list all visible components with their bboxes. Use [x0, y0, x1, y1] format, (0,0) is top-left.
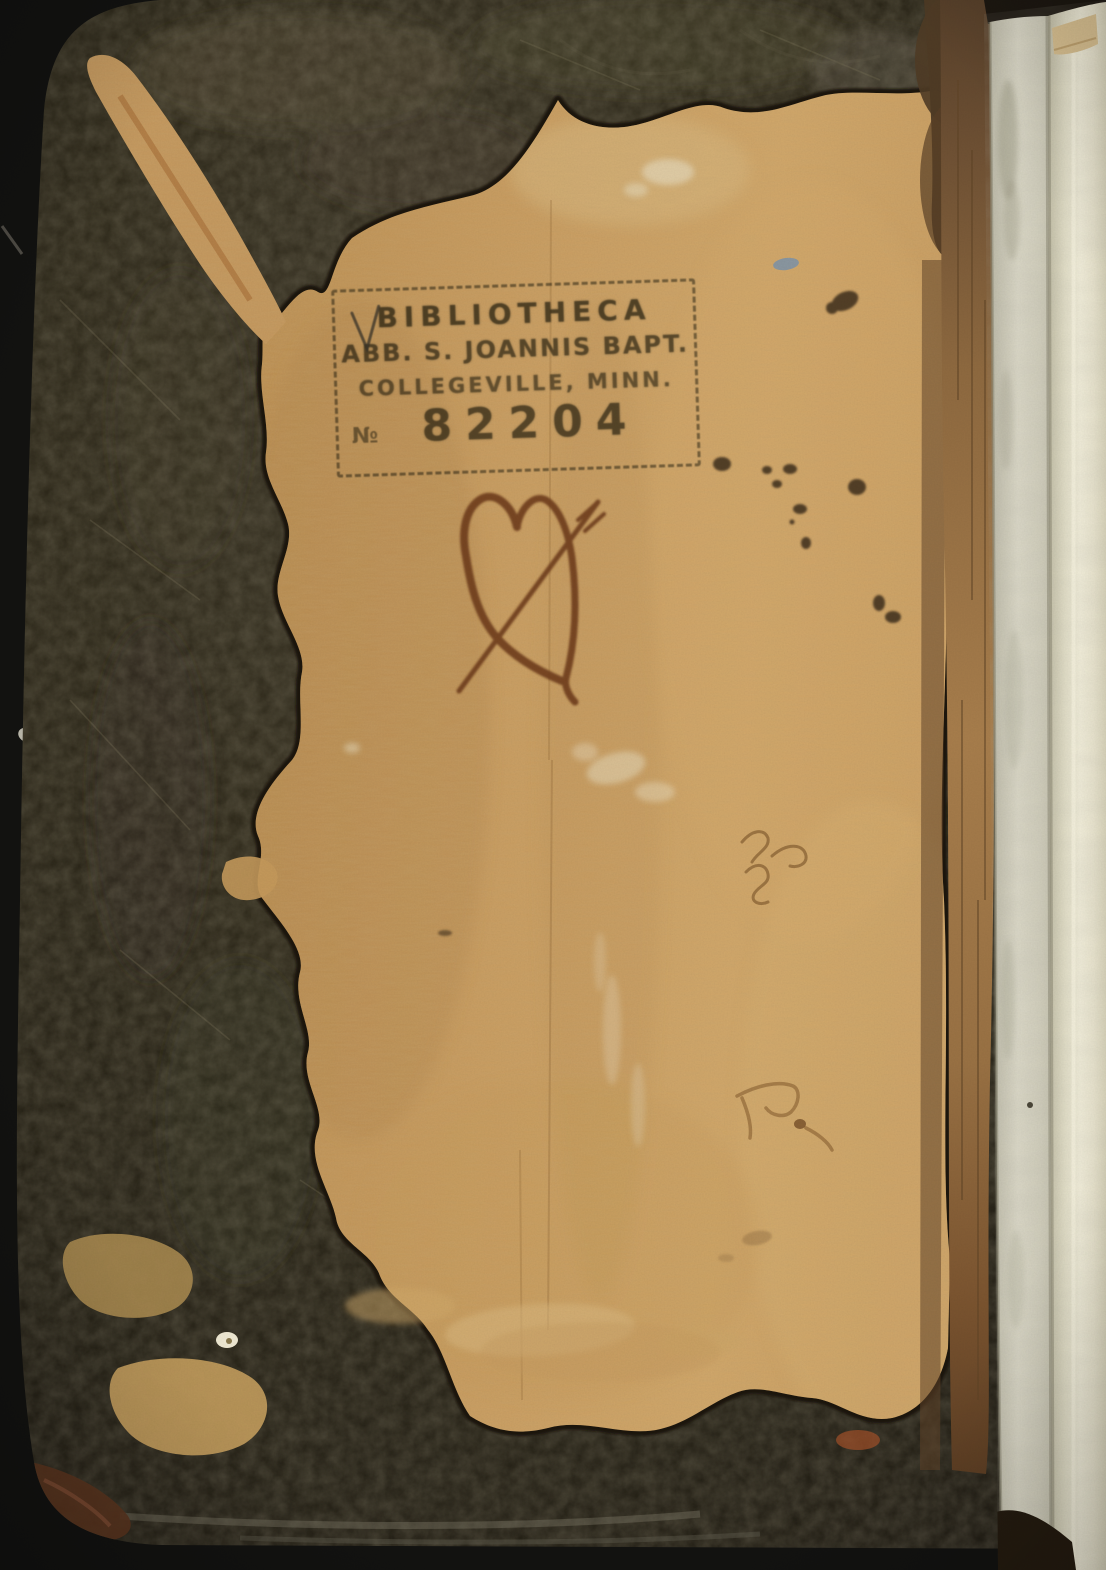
pencil-checkmark	[346, 300, 398, 358]
manuscript-inside-cover-photo: BIBLIOTHECA ABB. S. JOANNIS BAPT. COLLEG…	[0, 0, 1106, 1570]
vignette	[0, 0, 1106, 1570]
stamp-accession-number: 82204	[335, 392, 700, 454]
library-stamp: BIBLIOTHECA ABB. S. JOANNIS BAPT. COLLEG…	[331, 278, 701, 477]
photo-artwork	[0, 0, 1106, 1570]
stamp-number-row: № 82204	[335, 392, 701, 457]
